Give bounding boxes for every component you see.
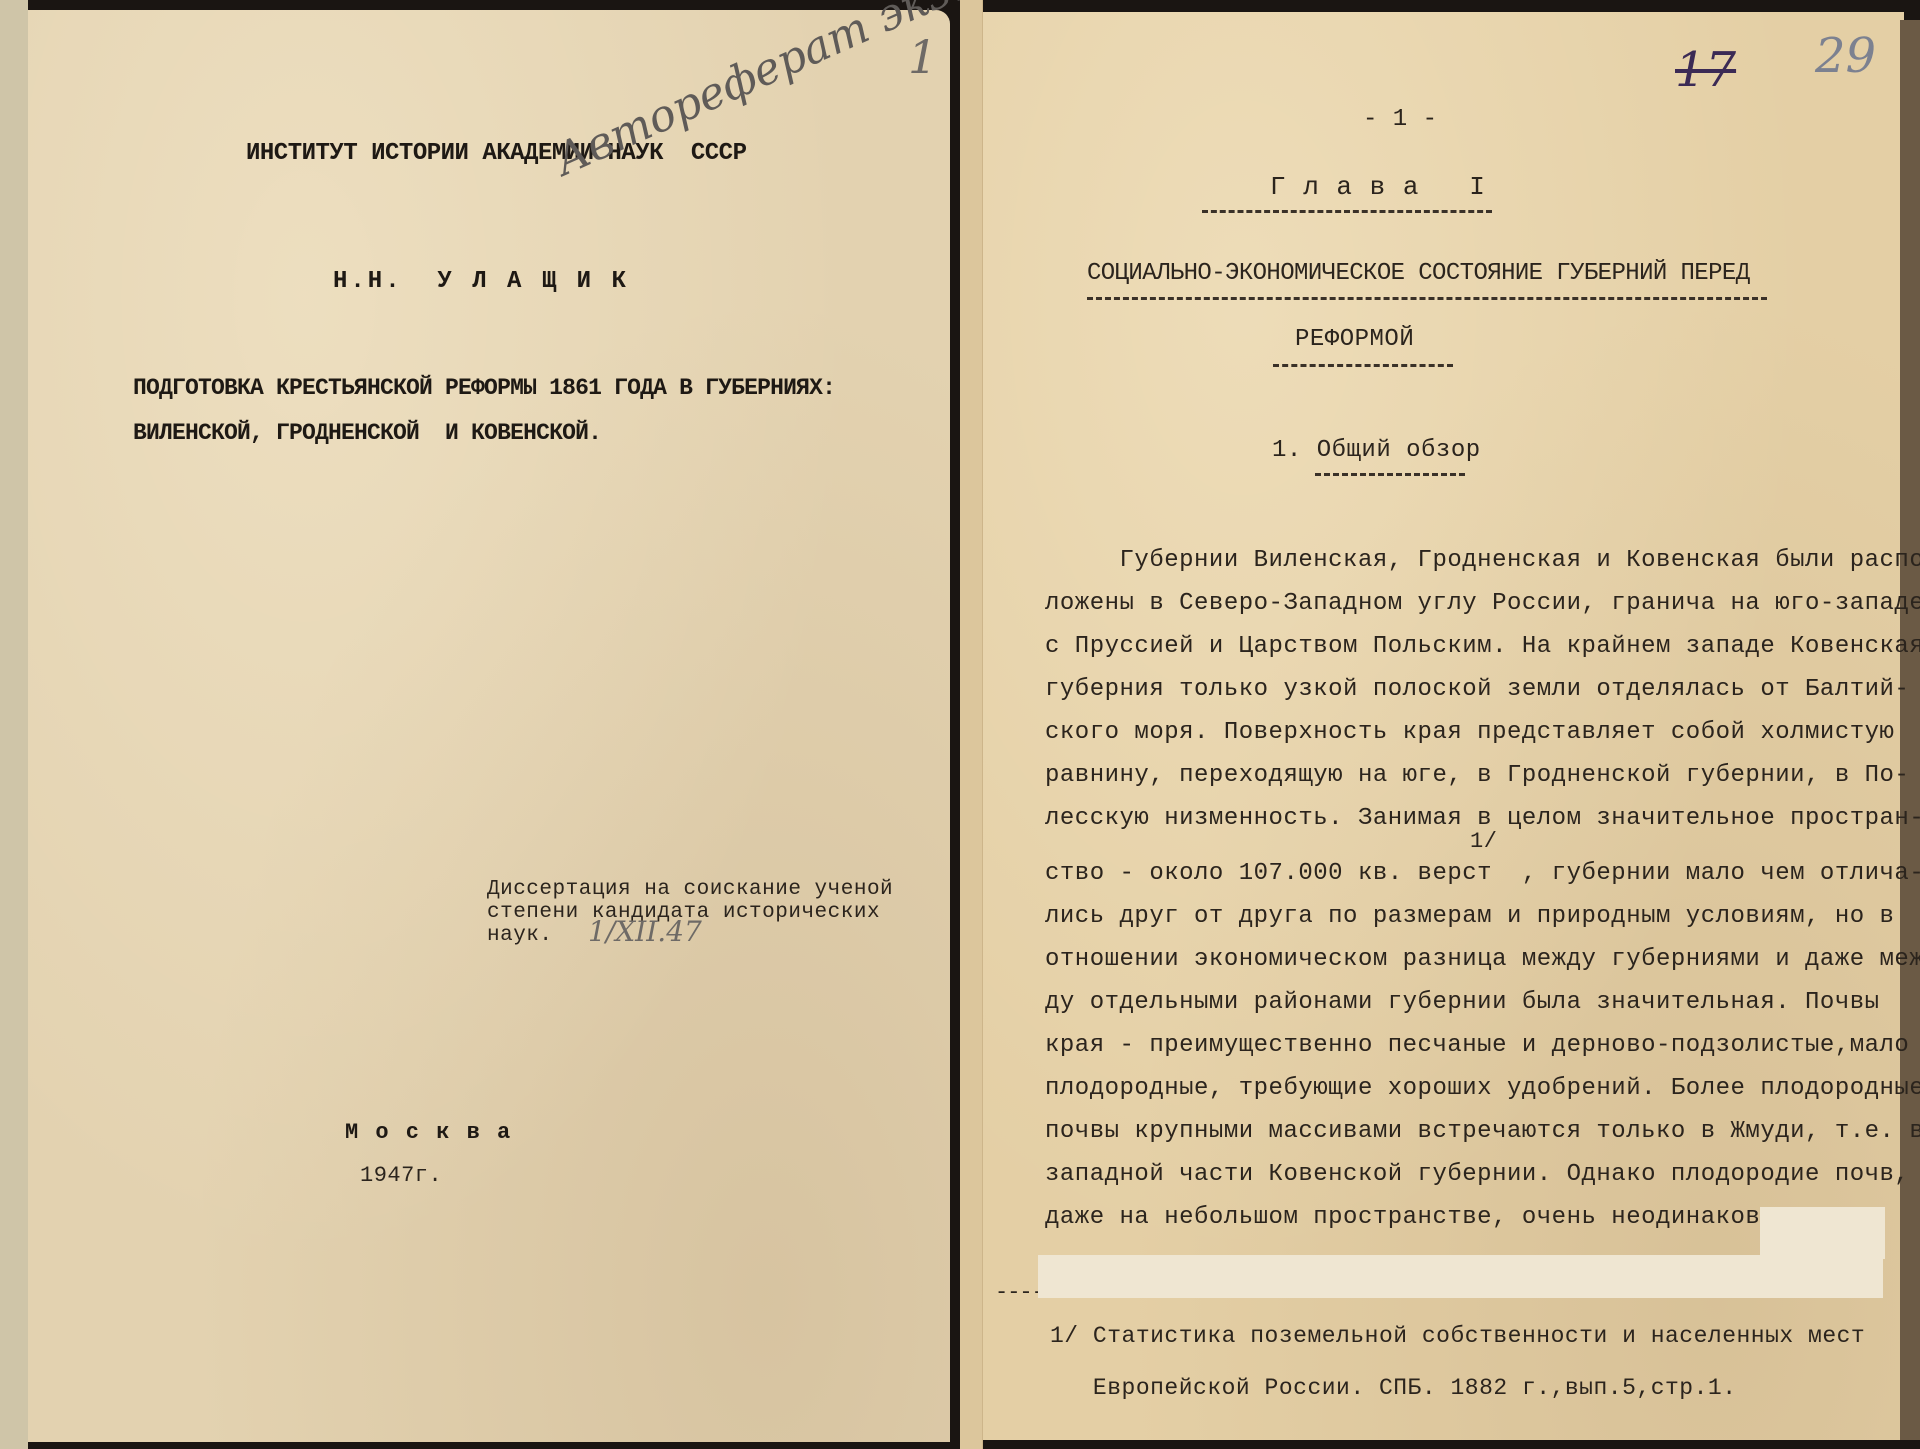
degree-line-1: Диссертация на соискание ученой <box>487 878 893 901</box>
redaction-patch <box>1038 1255 1883 1298</box>
footnote-line: Европейской России. СПБ. 1882 г.,вып.5,с… <box>1050 1375 1737 1401</box>
folio-number: 1 <box>908 30 937 84</box>
paragraph-line: равнину, переходящую на юге, в Гродненск… <box>1045 762 1909 789</box>
redaction-patch <box>1760 1207 1885 1259</box>
chapter-title-line-2: РЕФОРМОЙ <box>1295 326 1414 353</box>
book-spine-left <box>0 0 28 1449</box>
paragraph-line: даже на небольшом пространстве, очень не… <box>1045 1204 1790 1231</box>
paragraph-line: с Пруссией и Царством Польским. На крайн… <box>1045 633 1920 660</box>
footnote-line: 1/ Статистика поземельной собственности … <box>1050 1323 1865 1349</box>
handwritten-annotation: Автореферат экз. <box>547 0 970 186</box>
dissertation-title-line-2: ВИЛЕНСКОЙ, ГРОДНЕНСКОЙ И КОВЕНСКОЙ. <box>133 420 601 446</box>
paragraph-line: почвы крупными массивами встречаются тол… <box>1045 1118 1920 1145</box>
title-page: 1 ИНСТИТУТ ИСТОРИИ АКАДЕМИИ НАУК СССР Ав… <box>28 10 950 1442</box>
institute-heading: ИНСТИТУТ ИСТОРИИ АКАДЕМИИ НАУК СССР <box>246 140 746 167</box>
author-name: Н.Н. У Л А Щ И К <box>333 268 629 295</box>
paragraph-line: ду отдельными районами губернии была зна… <box>1045 989 1880 1016</box>
paragraph-line: края - преимущественно песчаные и дернов… <box>1045 1032 1909 1059</box>
chapter-title-line-1: СОЦИАЛЬНО-ЭКОНОМИЧЕСКОЕ СОСТОЯНИЕ ГУБЕРН… <box>1087 260 1750 287</box>
paragraph-line: ложены в Северо-Западном углу России, гр… <box>1045 590 1920 617</box>
paragraph-line: губерния только узкой полоской земли отд… <box>1045 676 1909 703</box>
section-heading: 1. Общий обзор <box>1272 437 1481 464</box>
handwritten-date: 1/XII.47 <box>588 915 702 948</box>
dissertation-title-line-1: ПОДГОТОВКА КРЕСТЬЯНСКОЙ РЕФОРМЫ 1861 ГОД… <box>133 375 835 401</box>
paragraph-line: ство - около 107.000 кв. верст , губерни… <box>1045 860 1920 887</box>
paragraph-line: Губернии Виленская, Гродненская и Ковенс… <box>1045 547 1920 574</box>
chapter-underline <box>1202 210 1492 213</box>
degree-line-3: наук. <box>487 924 553 947</box>
paragraph-line: западной части Ковенской губернии. Однак… <box>1045 1161 1909 1188</box>
crossed-folio-number: 17 <box>1675 42 1736 98</box>
paragraph-line: отношении экономическом разница между гу… <box>1045 946 1920 973</box>
section-underline <box>1315 473 1465 476</box>
paragraph-line: ского моря. Поверхность края представляе… <box>1045 719 1894 746</box>
page-fold <box>960 0 983 1449</box>
paragraph-line: лесскую низменность. Занимая в целом зна… <box>1045 805 1920 832</box>
folio-number-right: 29 <box>1815 28 1876 84</box>
page-number: - 1 - <box>1363 106 1438 133</box>
chapter-title-underline-1 <box>1087 297 1767 300</box>
year: 1947г. <box>360 1163 442 1188</box>
city: М о с к в а <box>345 1120 512 1145</box>
paragraph-line: плодородные, требующие хороших удобрений… <box>1045 1075 1920 1102</box>
paragraph-line: лись друг от друга по размерам и природн… <box>1045 903 1894 930</box>
book-edge-right <box>1900 20 1920 1440</box>
chapter-heading: Г л а в а I <box>1270 172 1486 202</box>
chapter-title-underline-2 <box>1273 364 1453 367</box>
footnote-marker: 1/ <box>1470 829 1497 854</box>
